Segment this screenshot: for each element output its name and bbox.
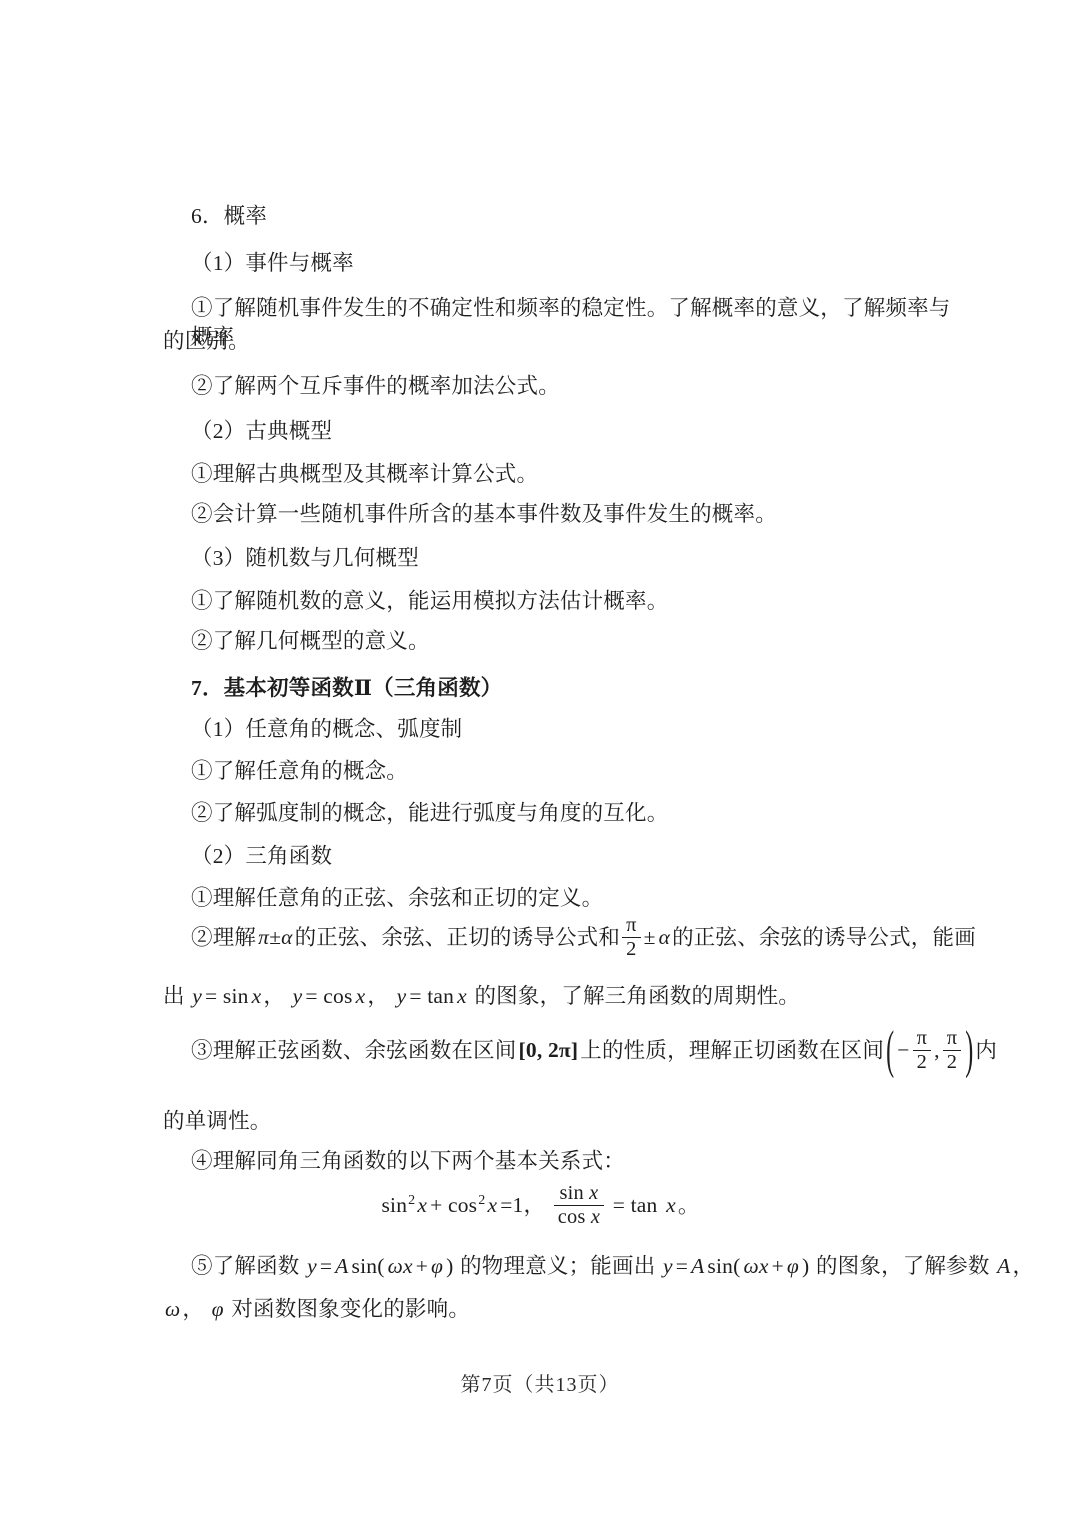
- math-fn-sin: sin: [559, 1182, 589, 1204]
- para-6-2-1: ①理解古典概型及其概率计算公式。: [163, 460, 966, 489]
- subsection-6-2-heading: （2）古典概型: [163, 417, 966, 446]
- subsection-6-3-heading: （3）随机数与几何概型: [163, 544, 966, 573]
- text-run: 上的性质，理解正切函数在区间: [580, 1038, 884, 1062]
- fraction-denominator: 2: [622, 938, 641, 960]
- text-run: 的正弦、余弦、正切的诱导公式和: [295, 925, 621, 949]
- text-run: ②理解: [191, 925, 256, 949]
- para-6-3-2: ②了解几何概型的意义。: [163, 627, 966, 656]
- math-var-y: y: [291, 984, 305, 1008]
- text-run: 的物理意义；能画出: [460, 1254, 655, 1278]
- math-var-x: x: [591, 1206, 600, 1228]
- math-var-y: y: [395, 984, 409, 1008]
- math-interval-0-2pi: [0, 2π]: [517, 1038, 581, 1062]
- fraction-denominator: cos x: [554, 1206, 604, 1228]
- para-7-2-3-line2: 的单调性。: [163, 1107, 938, 1136]
- trig-identity-formula: sin2x+ cos2x=1， sin xcos x = tan x。: [0, 1185, 1080, 1230]
- text-run: ⑤了解函数: [191, 1254, 300, 1278]
- math-var-y: y: [305, 1254, 319, 1278]
- para-7-2-5-line1: ⑤了解函数 y=Asin(ωx+φ) 的物理意义；能画出 y=Asin(ωx+φ…: [163, 1252, 966, 1281]
- fraction-numerator: π: [943, 1028, 962, 1051]
- math-var-x: x: [589, 1182, 598, 1204]
- math-var-x: x: [455, 984, 469, 1008]
- math-equals: =: [319, 1254, 333, 1278]
- fraction-denominator: 2: [913, 1051, 932, 1073]
- text-run: 的图象，了解三角函数的周期性。: [474, 984, 800, 1008]
- page-footer: 第7页（共13页）: [0, 1372, 1080, 1399]
- text-run: 。: [678, 1193, 700, 1217]
- math-phi: φ: [429, 1254, 445, 1278]
- text-run: 出: [163, 984, 185, 1008]
- text-run: 对函数图象变化的影响。: [231, 1297, 470, 1321]
- para-7-2-2-line1: ②理解π±α的正弦、余弦、正切的诱导公式和π2±α的正弦、余弦的诱导公式，能画: [163, 917, 966, 962]
- text-run: ，: [182, 1297, 204, 1321]
- math-eq-sin: = sin: [204, 984, 250, 1008]
- math-comma: ,: [933, 1038, 941, 1062]
- subsection-7-1-heading: （1）任意角的概念、弧度制: [163, 715, 966, 744]
- fraction-sinx-over-cosx: sin xcos x: [554, 1183, 604, 1228]
- math-fn-sin: sin: [380, 1193, 408, 1217]
- math-alpha: α: [657, 925, 673, 949]
- para-7-1-1: ①了解任意角的概念。: [163, 757, 966, 786]
- fraction-denominator: 2: [943, 1051, 962, 1073]
- math-pi-pm-alpha: π±α: [256, 925, 294, 949]
- para-7-1-2: ②了解弧度制的概念，能进行弧度与角度的互化。: [163, 799, 966, 828]
- big-paren-close: ): [965, 1017, 973, 1088]
- fraction-numerator: π: [913, 1028, 932, 1051]
- math-var-x: x: [485, 1193, 499, 1217]
- section-6-heading: 6．概率: [163, 202, 966, 231]
- math-var-x: x: [250, 984, 264, 1008]
- para-7-2-1: ①理解任意角的正弦、余弦和正切的定义。: [163, 884, 966, 913]
- subsection-7-2-heading: （2）三角函数: [163, 842, 966, 871]
- fraction-numerator: π: [622, 915, 641, 938]
- text-run: ③理解正弦函数、余弦函数在区间: [191, 1038, 517, 1062]
- math-equals-one: =1，: [499, 1193, 546, 1217]
- math-omega-x: ωx: [741, 1254, 770, 1278]
- para-7-2-5-line2: ω， φ 对函数图象变化的影响。: [163, 1295, 938, 1324]
- math-omega-x: ωx: [386, 1254, 415, 1278]
- math-var-x: x: [354, 984, 368, 1008]
- text-run: ，: [1013, 1254, 1035, 1278]
- fraction-pi-over-2: π2: [913, 1028, 932, 1073]
- fraction-pi-over-2: π2: [943, 1028, 962, 1073]
- para-6-2-2: ②会计算一些随机事件所含的基本事件数及事件发生的概率。: [163, 500, 966, 529]
- math-sin-paren: sin(: [706, 1254, 741, 1278]
- math-eq-cos: = cos: [304, 984, 353, 1008]
- section-7-heading: 7．基本初等函数Ⅱ（三角函数）: [163, 674, 966, 703]
- math-fn-cos: cos: [558, 1206, 591, 1228]
- math-eq-tan: = tan: [612, 1193, 659, 1217]
- math-var-A: A: [689, 1254, 706, 1278]
- math-phi: φ: [785, 1254, 801, 1278]
- document-page: 6．概率 （1）事件与概率 ①了解随机事件发生的不确定性和频率的稳定性。了解概率…: [0, 0, 1080, 1527]
- math-omega: ω: [163, 1297, 182, 1321]
- math-var-y: y: [190, 984, 204, 1008]
- para-6-1-2: ②了解两个互斥事件的概率加法公式。: [163, 372, 966, 401]
- fraction-numerator: sin x: [554, 1183, 604, 1206]
- text-run: ，: [367, 984, 389, 1008]
- math-var-A: A: [995, 1254, 1012, 1278]
- big-paren-open: (: [886, 1017, 894, 1088]
- math-var-y: y: [661, 1254, 675, 1278]
- text-run: ，: [263, 984, 285, 1008]
- subsection-6-1-heading: （1）事件与概率: [163, 249, 966, 278]
- para-6-3-1: ①了解随机数的意义，能运用模拟方法估计概率。: [163, 587, 966, 616]
- math-var-x: x: [664, 1193, 678, 1217]
- math-plus-cos: + cos: [429, 1193, 478, 1217]
- math-eq-tan: = tan: [408, 984, 455, 1008]
- math-paren-close: ): [801, 1254, 810, 1278]
- math-sin-paren: sin(: [351, 1254, 386, 1278]
- text-run: 内: [975, 1038, 997, 1062]
- fraction-pi-over-2: π2: [622, 915, 641, 960]
- para-7-2-4: ④理解同角三角函数的以下两个基本关系式：: [163, 1147, 966, 1176]
- text-run: 的图象，了解参数: [816, 1254, 990, 1278]
- math-var-x: x: [415, 1193, 429, 1217]
- math-equals: =: [675, 1254, 689, 1278]
- math-paren-close: ): [445, 1254, 454, 1278]
- math-plus: +: [771, 1254, 785, 1278]
- math-var-A: A: [333, 1254, 350, 1278]
- para-7-2-2-line2: 出 y= sinx， y= cosx， y= tanx 的图象，了解三角函数的周…: [163, 982, 938, 1011]
- math-plus-minus: ±: [643, 925, 657, 949]
- math-phi: φ: [210, 1297, 226, 1321]
- para-7-2-3-line1: ③理解正弦函数、余弦函数在区间[0, 2π]上的性质，理解正切函数在区间(−π2…: [163, 1030, 966, 1075]
- para-6-1-1-line2: 的区别。: [163, 327, 938, 356]
- math-minus: −: [896, 1038, 910, 1062]
- text-run: 的正弦、余弦的诱导公式，能画: [672, 925, 976, 949]
- math-plus: +: [415, 1254, 429, 1278]
